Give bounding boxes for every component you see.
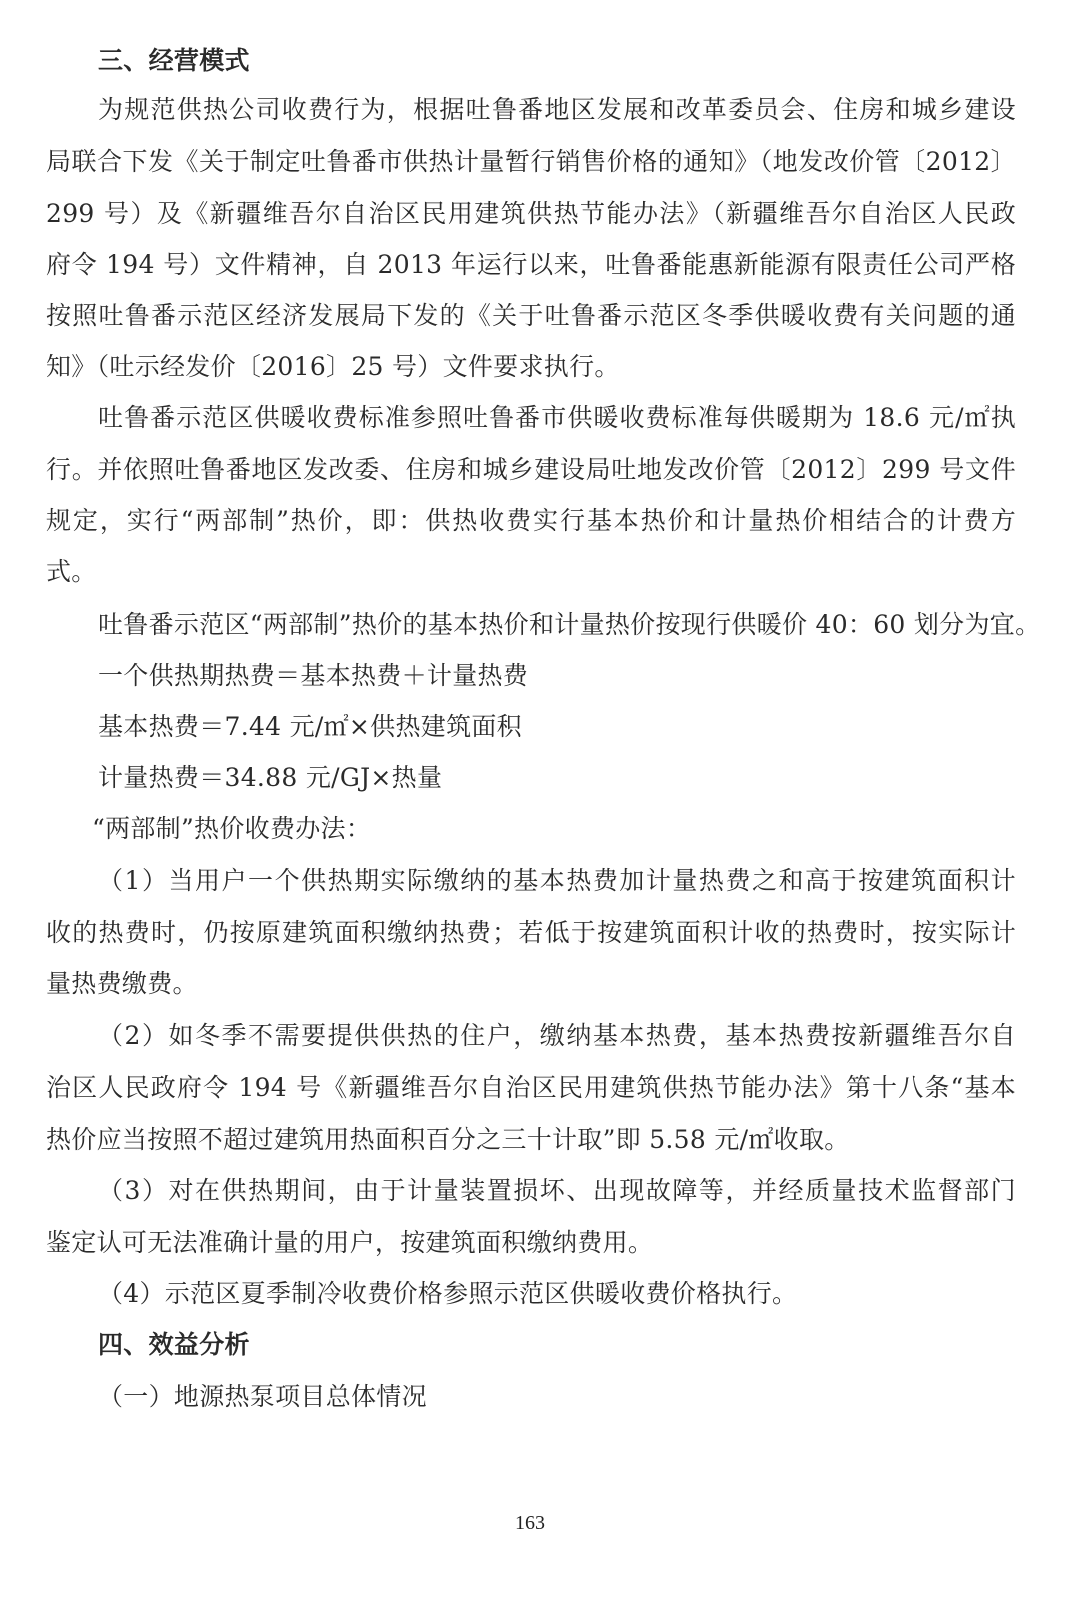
formula-basic-fee: 基本热费＝7.44 元/㎡×供热建筑面积 [98,710,1068,744]
formula-total-fee: 一个供热期热费＝基本热费＋计量热费 [98,659,1068,693]
document-page: 三、经营模式 为规范供热公司收费行为，根据吐鲁番地区发展和改革委员会、住房和城乡… [0,0,1080,1598]
list-item-2-line: 热价应当按照不超过建筑用热面积百分之三十计取”即 5.58 元/㎡收取。 [46,1123,1016,1157]
section-heading-benefit-analysis: 四、效益分析 [98,1328,1068,1362]
method-title: “两部制”热价收费办法： [92,812,1062,846]
list-item-2-line: 治区人民政府令 194 号《新疆维吾尔自治区民用建筑供热节能办法》第十八条“基本 [46,1071,1016,1105]
section-heading-business-model: 三、经营模式 [98,44,1068,78]
paragraph-line: 为规范供热公司收费行为，根据吐鲁番地区发展和改革委员会、住房和城乡建设 [98,93,1016,127]
subsection-heading: （一）地源热泵项目总体情况 [98,1380,1068,1414]
paragraph-line: 吐鲁番示范区供暖收费标准参照吐鲁番市供暖收费标准每供暖期为 18.6 元/㎡执 [98,401,1016,435]
list-item-3-line: 鉴定认可无法准确计量的用户，按建筑面积缴纳费用。 [46,1226,1016,1260]
list-item-1-line: 收的热费时，仍按原建筑面积缴纳热费；若低于按建筑面积计收的热费时，按实际计 [46,916,1016,950]
list-item-3-line: （3）对在供热期间，由于计量装置损坏、出现故障等，并经质量技术监督部门 [98,1174,1016,1208]
paragraph-line: 府令 194 号）文件精神，自 2013 年运行以来，吐鲁番能惠新能源有限责任公… [46,248,1016,282]
page-number: 163 [0,1512,1060,1535]
list-item-4: （4）示范区夏季制冷收费价格参照示范区供暖收费价格执行。 [98,1277,1068,1311]
paragraph-line: 局联合下发《关于制定吐鲁番市供热计量暂行销售价格的通知》（地发改价管〔2012〕 [46,145,1016,179]
paragraph-line: 行。并依照吐鲁番地区发改委、住房和城乡建设局吐地发改价管〔2012〕299 号文… [46,453,1016,487]
paragraph-line: 知》（吐示经发价〔2016〕25 号）文件要求执行。 [46,350,1016,384]
paragraph-line: 299 号）及《新疆维吾尔自治区民用建筑供热节能办法》（新疆维吾尔自治区人民政 [46,197,1016,231]
list-item-2-line: （2）如冬季不需要提供供热的住户，缴纳基本热费，基本热费按新疆维吾尔自 [98,1019,1016,1053]
formula-metered-fee: 计量热费＝34.88 元/GJ×热量 [98,761,1068,795]
list-item-1-line: （1）当用户一个供热期实际缴纳的基本热费加计量热费之和高于按建筑面积计 [98,864,1016,898]
paragraph-ratio: 吐鲁番示范区“两部制”热价的基本热价和计量热价按现行供暖价 40：60 划分为宜… [98,608,1016,642]
paragraph-line: 式。 [46,555,1016,589]
paragraph-line: 按照吐鲁番示范区经济发展局下发的《关于吐鲁番示范区冬季供暖收费有关问题的通 [46,299,1016,333]
list-item-1-line: 量热费缴费。 [46,967,1016,1001]
paragraph-line: 规定，实行“两部制”热价，即：供热收费实行基本热价和计量热价相结合的计费方 [46,504,1016,538]
